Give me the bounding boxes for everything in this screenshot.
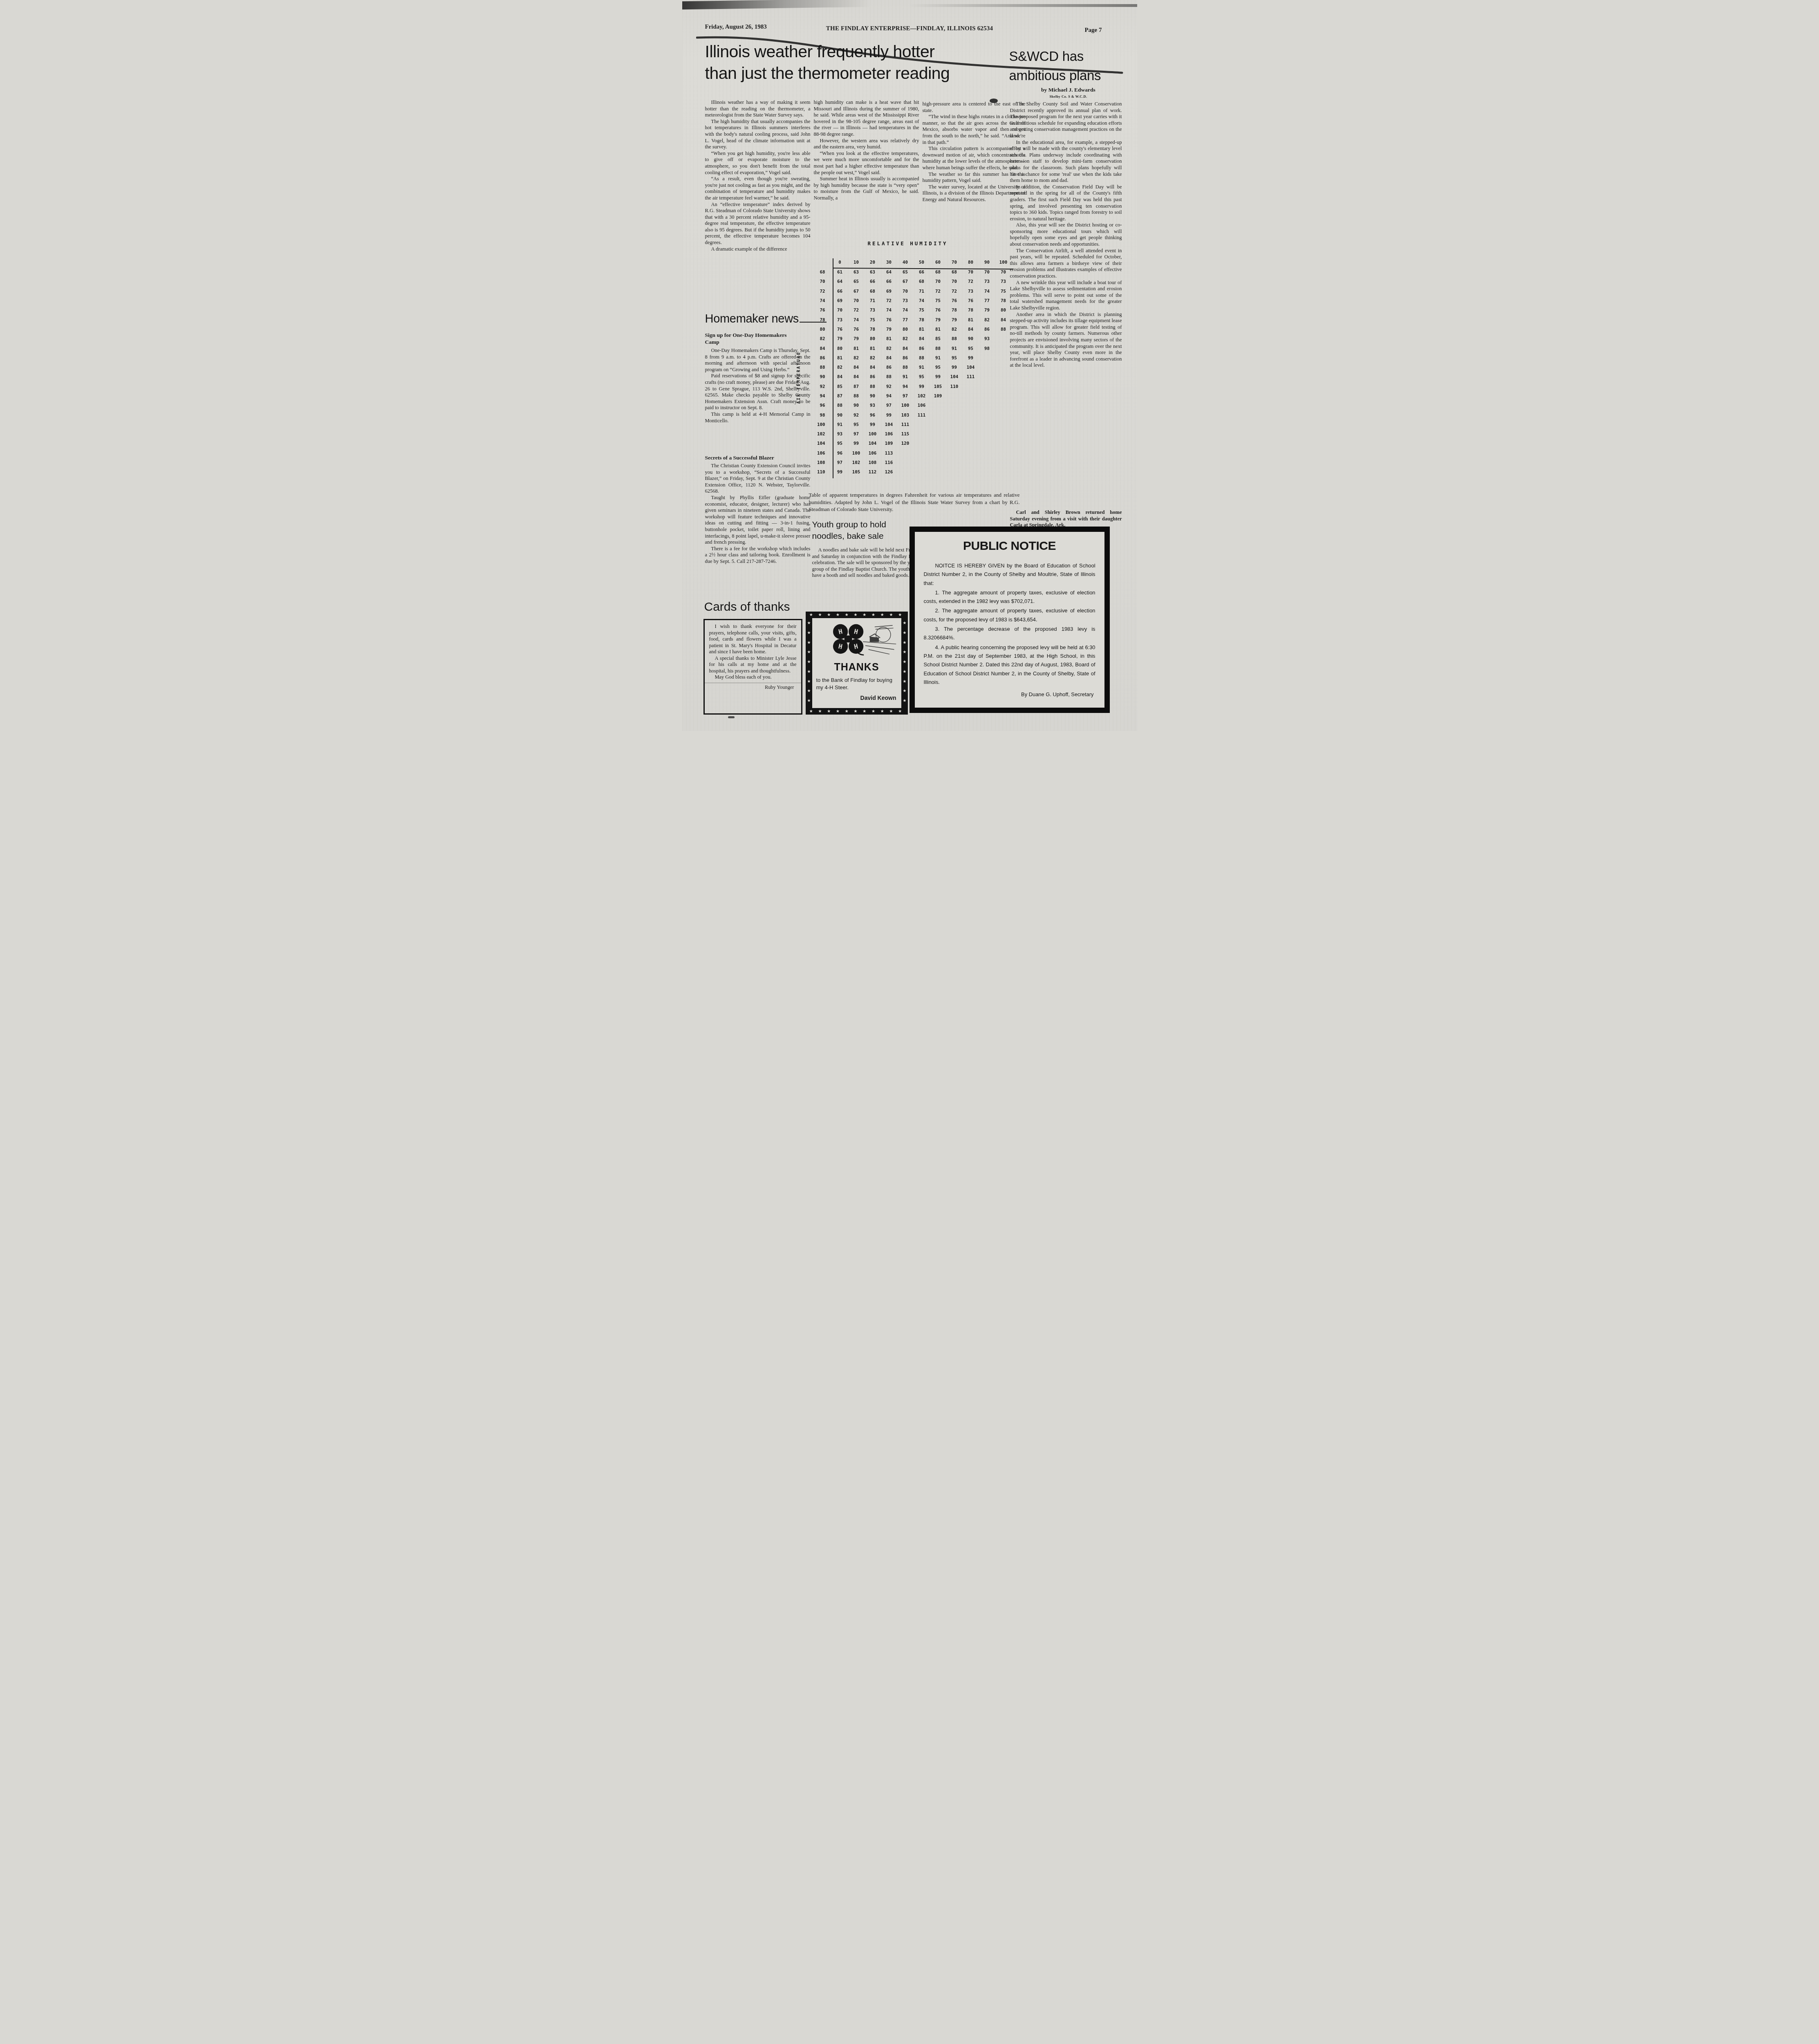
table-cell: 75 [995, 289, 1012, 294]
temperature-label: 86 [809, 355, 832, 361]
ink-blot [728, 716, 735, 718]
table-cell: 82 [848, 355, 865, 361]
table-cell: 80 [832, 346, 848, 351]
table-cell: 102 [848, 460, 865, 465]
story-paragraph: There is a fee for the workshop which in… [705, 546, 811, 565]
temperature-label: 84 [809, 346, 832, 351]
humidity-header: 0 [832, 260, 848, 265]
table-cell: 87 [832, 393, 848, 399]
temperature-label: 110 [809, 469, 832, 475]
temperature-label: 88 [809, 365, 832, 370]
table-cell: 77 [979, 298, 995, 303]
table-cell: 106 [865, 450, 881, 456]
four-h-thanks-ad: ★ ★ ★ ★ ★ ★ ★ ★ ★ ★ ★ ★ ★ ★ ★ ★ ★ ★ ★ ★ … [806, 612, 908, 715]
homemaker-news-title: Homemaker news [705, 312, 840, 326]
story-paragraph: A noodles and bake sale will be held nex… [812, 547, 919, 579]
table-cell: 110 [946, 384, 963, 389]
table-cell: 95 [946, 355, 963, 361]
table-cell: 88 [832, 403, 848, 408]
table-cell: 93 [979, 336, 995, 341]
table-cell: 93 [832, 431, 848, 437]
table-cell: 76 [848, 327, 865, 332]
table-cell: 81 [865, 346, 881, 351]
table-cell: 70 [963, 269, 979, 275]
table-cell: 81 [914, 327, 930, 332]
table-cell: 67 [897, 279, 914, 284]
story-paragraph: One-Day Homemakers Camp is Thursday, Sep… [705, 347, 811, 373]
table-cell: 81 [963, 317, 979, 323]
table-cell: 95 [848, 422, 865, 427]
table-cell: 98 [979, 346, 995, 351]
table-row: 948788909497102109 [809, 391, 1023, 401]
table-cell: 85 [832, 384, 848, 389]
table-cell: 78 [865, 327, 881, 332]
table-cell: 67 [848, 289, 865, 294]
table-cell: 81 [930, 327, 946, 332]
table-cell: 106 [914, 403, 930, 408]
table-cell: 99 [848, 441, 865, 446]
humidity-table-title: RELATIVE HUMIDITY [809, 240, 1007, 247]
table-cell: 66 [832, 289, 848, 294]
table-cell: 95 [930, 365, 946, 370]
table-cell: 85 [930, 336, 946, 341]
public-notice-body: NOITCE IS HEREBY GIVEN by the Board of E… [924, 561, 1095, 686]
temperature-label: 106 [809, 450, 832, 456]
table-row: 10696100106113 [809, 448, 1023, 458]
table-cell: 68 [930, 269, 946, 275]
humidity-table-grid: 0102030405060708090100686163636465666868… [809, 257, 1023, 477]
table-cell: 90 [865, 393, 881, 399]
temperature-label: 108 [809, 460, 832, 465]
table-cell: 97 [897, 393, 914, 399]
table-cell: 80 [865, 336, 881, 341]
table-row: 767072737474757678787980 [809, 305, 1023, 315]
four-h-ad-inner: H H H H THANKS to the Bank of Findlay fo… [812, 618, 901, 708]
story-paragraph: Summer heat in Illinois usually is accom… [814, 176, 919, 201]
table-cell: 79 [881, 327, 897, 332]
scan-smudge [682, 0, 870, 9]
table-cell: 106 [881, 431, 897, 437]
table-row: 8480818182848688919598 [809, 343, 1023, 353]
table-cell: 97 [881, 403, 897, 408]
table-cell: 88 [930, 346, 946, 351]
table-cell: 82 [865, 355, 881, 361]
table-cell: 104 [963, 365, 979, 370]
table-cell: 91 [832, 422, 848, 427]
notice-item: 2. The aggregate amount of property taxe… [924, 606, 1095, 624]
temperature-label: 74 [809, 298, 832, 303]
table-cell: 81 [881, 336, 897, 341]
table-cell: 79 [930, 317, 946, 323]
table-cell: 72 [930, 289, 946, 294]
table-cell: 66 [865, 279, 881, 284]
table-cell: 99 [865, 422, 881, 427]
story-paragraph: “As a result, even though you're sweatin… [705, 176, 811, 201]
four-h-ad-body: to the Bank of Findlay for buying my 4-H… [816, 677, 897, 691]
newspaper-page: Friday, August 26, 1983 THE FINDLAY ENTE… [682, 0, 1137, 731]
table-cell: 104 [865, 441, 881, 446]
table-cell: 126 [881, 469, 897, 475]
homemakers-camp-subhead: Sign up for One-Day Homemakers Camp [705, 332, 787, 345]
story-paragraph: This camp is held at 4-H Memorial Camp i… [705, 411, 811, 424]
table-cell: 92 [848, 412, 865, 418]
table-cell: 82 [946, 327, 963, 332]
headline-line: than just the thermometer reading [705, 63, 1020, 84]
public-notice-signature: By Duane G. Uphoff, Secretary [924, 691, 1095, 697]
table-cell: 96 [832, 450, 848, 456]
table-row: 11099105112126 [809, 467, 1023, 477]
weather-column-2: high humidity can make is a heat wave th… [814, 99, 919, 242]
table-cell: 69 [832, 298, 848, 303]
temperature-label: 72 [809, 289, 832, 294]
story-paragraph: In the educational area, for example, a … [1010, 139, 1122, 184]
table-cell: 99 [963, 355, 979, 361]
table-cell: 84 [995, 317, 1012, 323]
humidity-header: 80 [963, 260, 979, 265]
humidity-header: 40 [897, 260, 914, 265]
table-cell: 66 [914, 269, 930, 275]
temperature-label: 92 [809, 384, 832, 389]
story-paragraph: Illinois weather has a way of making it … [705, 99, 811, 119]
table-cell: 76 [832, 327, 848, 332]
table-cell: 91 [914, 365, 930, 370]
table-cell: 111 [963, 374, 979, 379]
story-paragraph: In addition, the Conservation Field Day … [1010, 184, 1122, 222]
masthead-title: THE FINDLAY ENTERPRISE—FINDLAY, ILLINOIS… [682, 25, 1137, 32]
table-cell: 75 [865, 317, 881, 323]
table-cell: 104 [881, 422, 897, 427]
table-cell: 71 [914, 289, 930, 294]
table-cell: 72 [963, 279, 979, 284]
table-cell: 95 [914, 374, 930, 379]
table-cell: 78 [963, 307, 979, 313]
star-border: ★ ★ ★ ★ ★ ★ ★ ★ ★ ★ ★ ★ ★ ★ ★ ★ ★ ★ ★ ★ … [806, 612, 908, 618]
thanks-signature: Ruby Younger [709, 684, 797, 691]
table-cell: 76 [881, 317, 897, 323]
story-paragraph: However, the western area was relatively… [814, 138, 919, 150]
temperature-label: 80 [809, 327, 832, 332]
table-cell: 70 [946, 279, 963, 284]
table-row: 9890929699103111 [809, 410, 1023, 419]
table-row: 726667686970717272737475 [809, 287, 1023, 296]
story-paragraph: An “effective temperature” index derived… [705, 202, 811, 246]
table-cell: 100 [865, 431, 881, 437]
table-cell: 72 [946, 289, 963, 294]
temperature-label: 96 [809, 403, 832, 408]
table-cell: 70 [995, 269, 1012, 275]
table-cell: 70 [897, 289, 914, 294]
thanks-paragraph: May God bless each of you. [709, 674, 797, 681]
humidity-table-caption: Table of apparent temperatures in degree… [809, 491, 1020, 513]
table-row: 787374757677787979818284 [809, 315, 1023, 324]
youth-group-paragraph: A noodles and bake sale will be held nex… [812, 547, 919, 609]
story-paragraph: A new wrinkle this year will include a b… [1010, 280, 1122, 312]
table-cell: 74 [881, 307, 897, 313]
humidity-header: 50 [914, 260, 930, 265]
swcd-credit: Shelby Co. S & W.C.D. [1009, 94, 1128, 99]
table-row: 86818282848688919599 [809, 353, 1023, 363]
story-paragraph: Carl and Shirley Brown returned home Sat… [1010, 509, 1122, 529]
table-cell: 105 [848, 469, 865, 475]
table-cell: 79 [979, 307, 995, 313]
table-cell: 86 [865, 374, 881, 379]
table-cell: 84 [897, 346, 914, 351]
table-cell: 102 [914, 393, 930, 399]
story-paragraph: A dramatic example of the difference [705, 246, 811, 253]
table-cell: 99 [946, 365, 963, 370]
table-cell: 95 [832, 441, 848, 446]
blazer-workshop-paragraphs: The Christian County Extension Council i… [705, 463, 811, 598]
notice-item: 3. The percentage decrease of the propos… [924, 625, 1095, 642]
humidity-header: 70 [946, 260, 963, 265]
table-cell: 97 [848, 431, 865, 437]
headline-line: Illinois weather frequently hotter [705, 41, 1020, 63]
table-row: 92858788929499105110 [809, 382, 1023, 391]
table-cell: 76 [946, 298, 963, 303]
humidity-header: 90 [979, 260, 995, 265]
table-cell: 90 [963, 336, 979, 341]
table-cell: 74 [979, 289, 995, 294]
table-cell: 120 [897, 441, 914, 446]
table-cell: 73 [979, 279, 995, 284]
table-cell: 86 [897, 355, 914, 361]
four-h-ad-title: THANKS [816, 661, 897, 673]
star-border: ★ ★ ★ ★ ★ ★ ★ ★ ★ ★ ★ ★ ★ ★ ★ ★ ★ ★ [806, 617, 812, 709]
weather-column-1: Illinois weather has a way of making it … [705, 99, 811, 310]
swcd-column: The Shelby County Soil and Water Conserv… [1010, 101, 1122, 507]
table-cell: 99 [832, 469, 848, 475]
table-cell: 68 [914, 279, 930, 284]
thanks-paragraph: A special thanks to Minister Lyle Jesse … [709, 655, 797, 675]
table-cell: 63 [865, 269, 881, 275]
table-cell: 79 [848, 336, 865, 341]
table-cell: 78 [914, 317, 930, 323]
scan-smudge [908, 4, 1137, 7]
table-cell: 79 [832, 336, 848, 341]
table-cell: 94 [897, 384, 914, 389]
cards-of-thanks-box: I wish to thank everyone for their praye… [703, 619, 802, 715]
table-cell: 86 [881, 365, 897, 370]
table-cell: 74 [914, 298, 930, 303]
signature-rule [705, 683, 801, 683]
story-paragraph: The Shelby County Soil and Water Conserv… [1010, 101, 1122, 139]
four-h-clover-icon: H H H H [816, 621, 898, 657]
table-row: 888284848688919599104 [809, 363, 1023, 372]
table-header-row: 0102030405060708090100 [809, 257, 1023, 267]
table-cell: 71 [865, 298, 881, 303]
table-cell: 70 [848, 298, 865, 303]
table-cell: 88 [897, 365, 914, 370]
table-cell: 81 [848, 346, 865, 351]
table-cell: 82 [897, 336, 914, 341]
table-row: 9084848688919599104111 [809, 372, 1023, 381]
table-cell: 63 [848, 269, 865, 275]
humidity-header: 10 [848, 260, 865, 265]
table-cell: 92 [881, 384, 897, 389]
temperature-label: 82 [809, 336, 832, 341]
table-cell: 80 [897, 327, 914, 332]
four-h-ad-signature: David Keown [816, 695, 897, 701]
table-row: 9688909397100106 [809, 401, 1023, 410]
table-cell: 103 [897, 412, 914, 418]
table-cell: 61 [832, 269, 848, 275]
weather-headline: Illinois weather frequently hotter than … [705, 41, 1020, 84]
table-cell: 73 [865, 307, 881, 313]
swcd-headline: S&WCD has ambitious plans [1009, 47, 1132, 85]
temperature-label: 100 [809, 422, 832, 427]
table-cell: 84 [963, 327, 979, 332]
story-paragraph: Another area in which the District is pl… [1010, 312, 1122, 369]
homemakers-camp-paragraphs: One-Day Homemakers Camp is Thursday, Sep… [705, 347, 811, 452]
table-cell: 84 [832, 374, 848, 379]
table-row: 706465666667687070727373 [809, 277, 1023, 286]
temperature-label: 70 [809, 279, 832, 284]
temperature-label: 102 [809, 431, 832, 437]
table-cell: 82 [832, 365, 848, 370]
temperature-label: 94 [809, 393, 832, 399]
public-notice-title: PUBLIC NOTICE [924, 539, 1095, 553]
table-cell: 88 [848, 393, 865, 399]
table-cell: 115 [897, 431, 914, 437]
notice-intro: NOITCE IS HEREBY GIVEN by the Board of E… [924, 561, 1095, 587]
table-cell: 64 [881, 269, 897, 275]
story-paragraph: The high humidity that usually accompani… [705, 119, 811, 150]
table-cell: 84 [881, 355, 897, 361]
humidity-header: 60 [930, 260, 946, 265]
table-cell: 64 [832, 279, 848, 284]
table-cell: 88 [865, 384, 881, 389]
table-cell: 72 [881, 298, 897, 303]
farm-scene-icon [863, 625, 896, 654]
table-cell: 90 [832, 412, 848, 418]
thanks-paragraph: I wish to thank everyone for their praye… [709, 623, 797, 655]
story-paragraph: Taught by Phyllis Eifler (graduate home … [705, 495, 811, 546]
table-cell: 105 [930, 384, 946, 389]
table-row: 807676787980818182848688 [809, 325, 1023, 334]
temperature-label: 98 [809, 412, 832, 418]
notice-items: 1. The aggregate amount of property taxe… [924, 588, 1095, 686]
table-cell: 68 [946, 269, 963, 275]
thanks-paragraphs: I wish to thank everyone for their praye… [709, 623, 797, 681]
table-cell: 95 [963, 346, 979, 351]
table-cell: 90 [848, 403, 865, 408]
table-cell: 84 [865, 365, 881, 370]
table-row: 100919599104111 [809, 420, 1023, 429]
table-cell: 100 [897, 403, 914, 408]
table-cell: 100 [848, 450, 865, 456]
table-cell: 68 [865, 289, 881, 294]
table-cell: 86 [979, 327, 995, 332]
table-cell: 112 [865, 469, 881, 475]
table-cell: 84 [848, 365, 865, 370]
blazer-workshop-subhead: Secrets of a Successful Blazer [705, 455, 811, 462]
table-cell: 99 [930, 374, 946, 379]
table-cell: 84 [848, 374, 865, 379]
humidity-header: 100 [995, 260, 1012, 265]
table-cell: 84 [914, 336, 930, 341]
temperature-label: 68 [809, 269, 832, 275]
table-row: 746970717273747576767778 [809, 296, 1023, 305]
table-cell: 99 [881, 412, 897, 418]
table-cell: 111 [897, 422, 914, 427]
table-cell: 74 [848, 317, 865, 323]
story-paragraph: The Christian County Extension Council i… [705, 463, 811, 495]
story-paragraph: Also, this year will see the District ho… [1010, 222, 1122, 247]
table-cell: 82 [979, 317, 995, 323]
table-cell: 70 [979, 269, 995, 275]
table-cell: 88 [995, 327, 1012, 332]
table-cell: 79 [946, 317, 963, 323]
table-row: 10897102108116 [809, 458, 1023, 467]
temperature-label: 90 [809, 374, 832, 379]
table-cell: 75 [930, 298, 946, 303]
story-paragraph: “When you get high humidity, you're less… [705, 150, 811, 176]
table-cell: 69 [881, 289, 897, 294]
table-cell: 109 [930, 393, 946, 399]
notice-item: 4. A public hearing concerning the propo… [924, 643, 1095, 686]
table-cell: 88 [914, 355, 930, 361]
humidity-header: 30 [881, 260, 897, 265]
table-cell: 73 [963, 289, 979, 294]
table-cell: 70 [930, 279, 946, 284]
table-cell: 78 [995, 298, 1012, 303]
star-border: ★ ★ ★ ★ ★ ★ ★ ★ ★ ★ ★ ★ ★ ★ ★ ★ ★ ★ ★ ★ … [806, 708, 908, 715]
humidity-header: 20 [865, 260, 881, 265]
table-cell: 94 [881, 393, 897, 399]
table-cell: 74 [897, 307, 914, 313]
table-cell: 66 [881, 279, 897, 284]
table-cell: 104 [946, 374, 963, 379]
table-cell: 91 [946, 346, 963, 351]
table-cell: 73 [897, 298, 914, 303]
table-cell: 91 [897, 374, 914, 379]
table-cell: 76 [963, 298, 979, 303]
public-notice-box: PUBLIC NOTICE NOITCE IS HEREBY GIVEN by … [909, 527, 1110, 713]
table-cell: 116 [881, 460, 897, 465]
table-cell: 75 [914, 307, 930, 313]
table-cell: 91 [930, 355, 946, 361]
table-row: 686163636465666868707070 [809, 267, 1023, 277]
humidity-table: RELATIVE HUMIDITY AIR TEMPERATURE 010203… [809, 240, 1023, 491]
table-cell: 93 [865, 403, 881, 408]
table-cell: 111 [914, 412, 930, 418]
story-paragraph: “When you look at the effective temperat… [814, 150, 919, 176]
table-cell: 65 [897, 269, 914, 275]
notice-item: 1. The aggregate amount of property taxe… [924, 588, 1095, 606]
star-border: ★ ★ ★ ★ ★ ★ ★ ★ ★ ★ ★ ★ ★ ★ ★ ★ ★ ★ [901, 617, 908, 709]
story-paragraph: high humidity can make is a heat wave th… [814, 99, 919, 138]
story-paragraph: Paid reservations of $8 and signup for s… [705, 373, 811, 411]
table-cell: 65 [848, 279, 865, 284]
table-cell: 72 [848, 307, 865, 313]
table-cell: 97 [832, 460, 848, 465]
table-cell: 86 [914, 346, 930, 351]
table-cell: 109 [881, 441, 897, 446]
table-cell: 96 [865, 412, 881, 418]
table-cell: 88 [946, 336, 963, 341]
table-cell: 87 [848, 384, 865, 389]
temperature-label: 104 [809, 441, 832, 446]
table-cell: 77 [897, 317, 914, 323]
table-cell: 113 [881, 450, 897, 456]
table-cell: 73 [995, 279, 1012, 284]
table-row: 1049599104109120 [809, 439, 1023, 448]
table-row: 1029397100106115 [809, 429, 1023, 439]
headline-line: S&WCD has [1009, 47, 1132, 66]
table-cell: 80 [995, 307, 1012, 313]
table-cell: 88 [881, 374, 897, 379]
table-row: 8279798081828485889093 [809, 334, 1023, 343]
